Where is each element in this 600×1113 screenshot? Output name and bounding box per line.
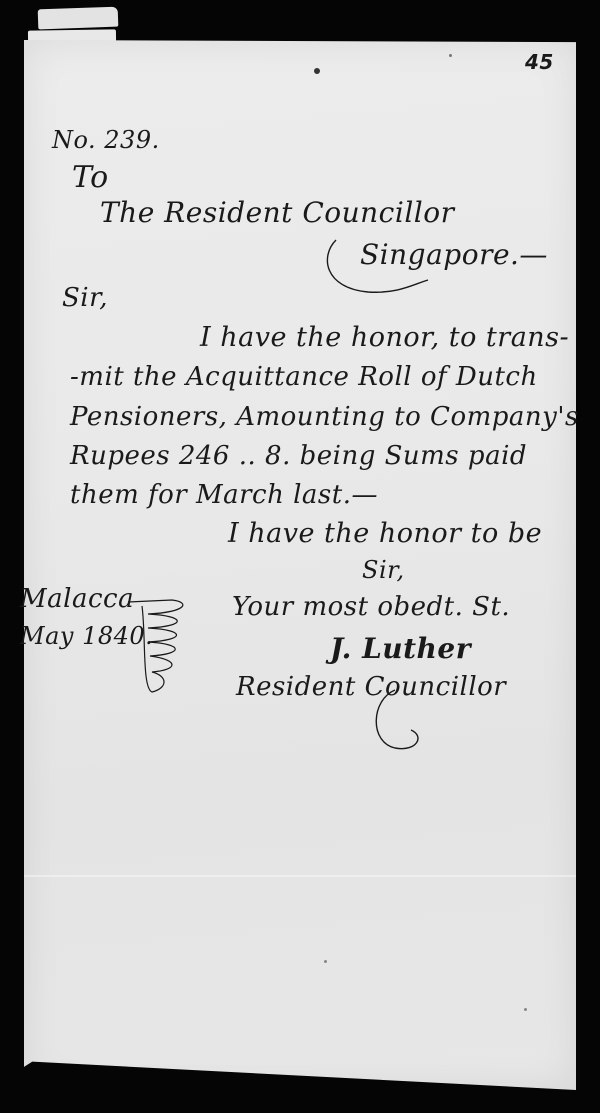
addressee: The Resident Councillor xyxy=(100,196,454,229)
page-number: 45 xyxy=(525,50,554,74)
valediction: Your most obedt. St. xyxy=(232,592,510,622)
to-label: To xyxy=(72,160,109,195)
fold-line xyxy=(24,875,576,877)
body-line: Pensioners, Amounting to Company's xyxy=(70,402,579,432)
signature: J. Luther xyxy=(330,632,471,665)
body-line: them for March last.— xyxy=(70,480,378,510)
ink-speck xyxy=(449,54,452,57)
salutation: Sir, xyxy=(62,283,108,313)
paraph-flourish-icon xyxy=(128,596,192,696)
closing-line: I have the honor to be xyxy=(228,518,542,549)
signer-title: Resident Councillor xyxy=(236,672,506,702)
paper-tab-upper xyxy=(38,7,119,30)
ink-speck xyxy=(314,68,320,74)
ink-speck xyxy=(324,960,327,963)
margin-place: Malacca xyxy=(20,584,134,614)
body-line: Rupees 246 .. 8. being Sums paid xyxy=(70,441,527,471)
reference-number: No. 239. xyxy=(52,126,160,154)
body-line: -mit the Acquittance Roll of Dutch xyxy=(70,362,538,392)
ink-speck xyxy=(524,1008,527,1011)
scan-viewport: 45 No. 239. To The Resident Councillor S… xyxy=(0,0,600,1113)
addressee-place: Singapore.— xyxy=(360,238,548,271)
closing-sir: Sir, xyxy=(362,556,405,584)
body-line: I have the honor, to trans- xyxy=(200,322,569,353)
